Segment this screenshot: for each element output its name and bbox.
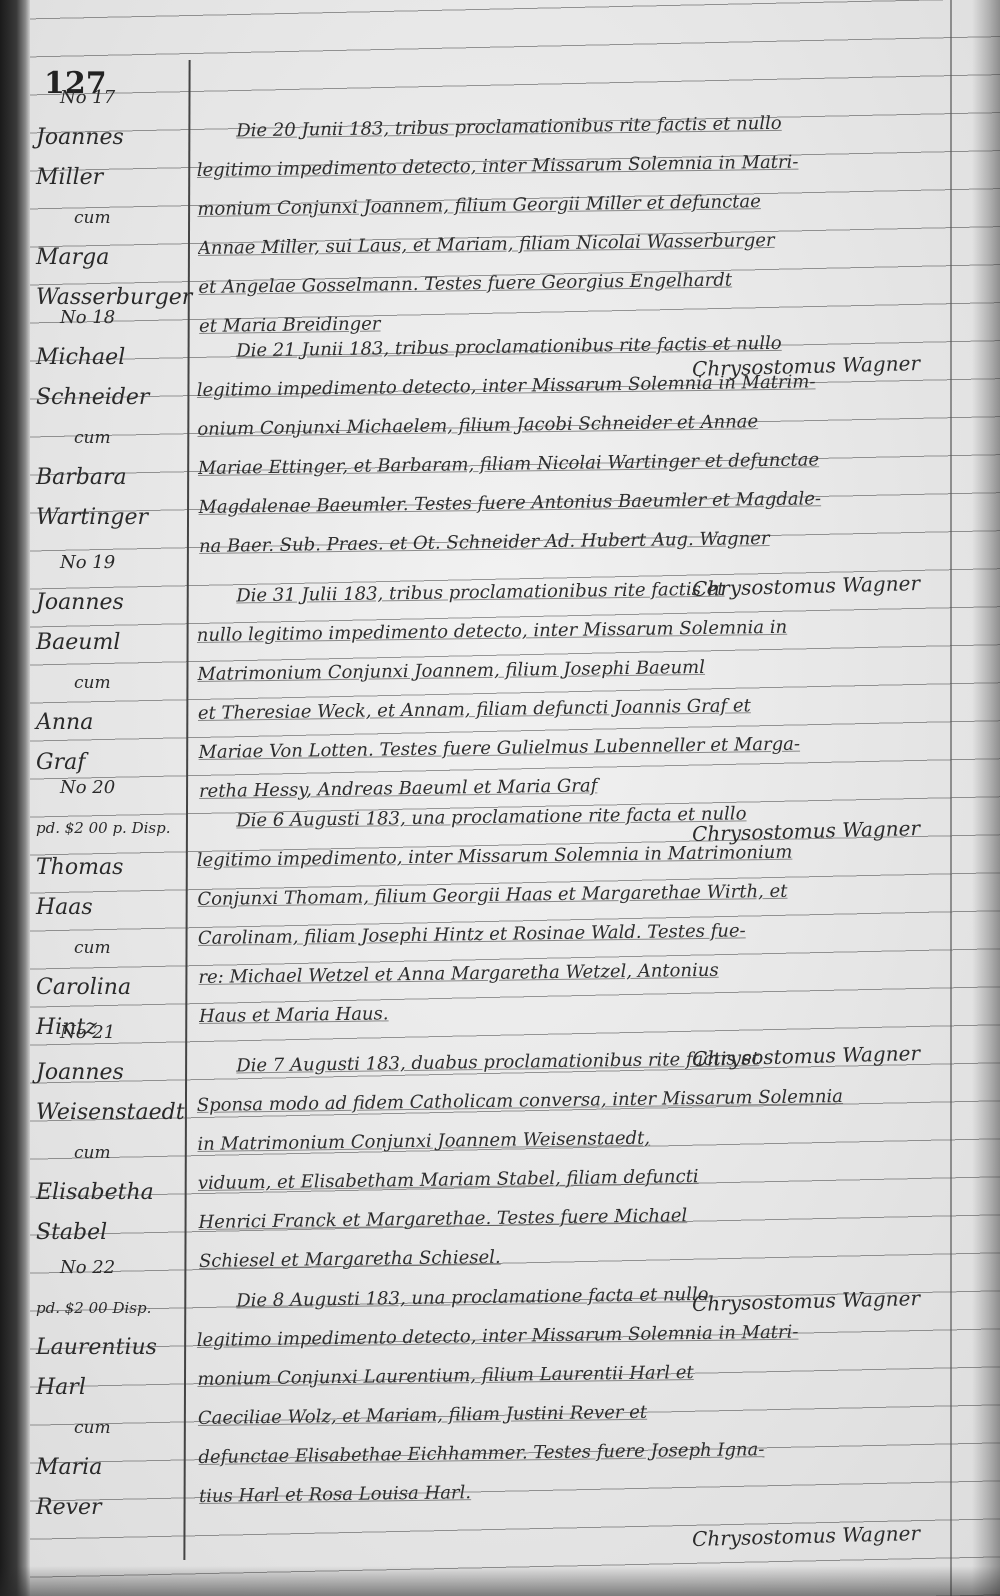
margin-name: cum <box>36 928 186 968</box>
margin-name: Haas <box>36 888 186 928</box>
entry-margin-names: No 17JoannesMillercumMargaWasserburger <box>36 78 186 318</box>
entry-number: No 20 <box>36 768 186 808</box>
margin-name: Baeuml <box>36 623 186 663</box>
entry-number: No 19 <box>36 543 186 583</box>
margin-name: cum <box>36 198 186 238</box>
entry-number: No 18 <box>36 298 186 338</box>
entry-margin-names: No 20pd. $2 00 p. Disp.ThomasHaascumCaro… <box>36 768 186 1048</box>
priest-signature: Chrysostomus Wagner <box>692 1521 921 1551</box>
entry-text: Die 31 Julii 183, tribus proclamationibu… <box>196 567 939 811</box>
entry-text: Die 20 Junii 183, tribus proclamationibu… <box>196 102 939 346</box>
margin-name: pd. $2 00 p. Disp. <box>36 808 186 848</box>
entry-number: No 17 <box>36 78 186 118</box>
entry-number: No 22 <box>36 1248 186 1288</box>
entry-number: No 21 <box>36 1013 186 1053</box>
margin-name: Marga <box>36 238 186 278</box>
page-edge-shadow <box>972 0 1000 1596</box>
margin-name: cum <box>36 418 186 458</box>
register-page: 127 No 17JoannesMillercumMargaWasserburg… <box>0 0 1000 1596</box>
margin-name: Schneider <box>36 378 186 418</box>
bottom-shadow <box>0 1566 1000 1596</box>
margin-name: Harl <box>36 1368 186 1408</box>
margin-name: Rever <box>36 1488 186 1528</box>
margin-name: Anna <box>36 703 186 743</box>
margin-name: Stabel <box>36 1213 186 1253</box>
entry-margin-names: No 21JoannesWeisenstaedtcumElisabethaSta… <box>36 1013 186 1253</box>
margin-name: Thomas <box>36 848 186 888</box>
margin-name: cum <box>36 663 186 703</box>
margin-name: Miller <box>36 158 186 198</box>
entry-text: Die 7 Augusti 183, duabus proclamationib… <box>196 1037 939 1281</box>
margin-name: Michael <box>36 338 186 378</box>
entry-text: Die 21 Junii 183, tribus proclamationibu… <box>196 322 939 566</box>
margin-name: Laurentius <box>36 1328 186 1368</box>
entry-text: Die 8 Augusti 183, una proclamatione fac… <box>196 1272 939 1516</box>
margin-name: Barbara <box>36 458 186 498</box>
margin-name: Joannes <box>36 1053 186 1093</box>
right-margin-rule <box>950 0 952 1596</box>
margin-name: Maria <box>36 1448 186 1488</box>
margin-name: Carolina <box>36 968 186 1008</box>
book-binding-shadow <box>0 0 30 1596</box>
entry-text: Die 6 Augusti 183, una proclamatione rit… <box>196 792 939 1036</box>
entry-margin-names: No 18MichaelSchneidercumBarbaraWartinger <box>36 298 186 538</box>
margin-name: pd. $2 00 Disp. <box>36 1288 186 1328</box>
margin-name: Wartinger <box>36 498 186 538</box>
margin-name: Weisenstaedt <box>36 1093 186 1133</box>
margin-name: cum <box>36 1133 186 1173</box>
margin-name: Elisabetha <box>36 1173 186 1213</box>
margin-name: cum <box>36 1408 186 1448</box>
margin-name: Joannes <box>36 118 186 158</box>
entry-margin-names: No 22pd. $2 00 Disp.LaurentiusHarlcumMar… <box>36 1248 186 1528</box>
entry-margin-names: No 19JoannesBaeumlcumAnnaGraf <box>36 543 186 783</box>
margin-name: Joannes <box>36 583 186 623</box>
